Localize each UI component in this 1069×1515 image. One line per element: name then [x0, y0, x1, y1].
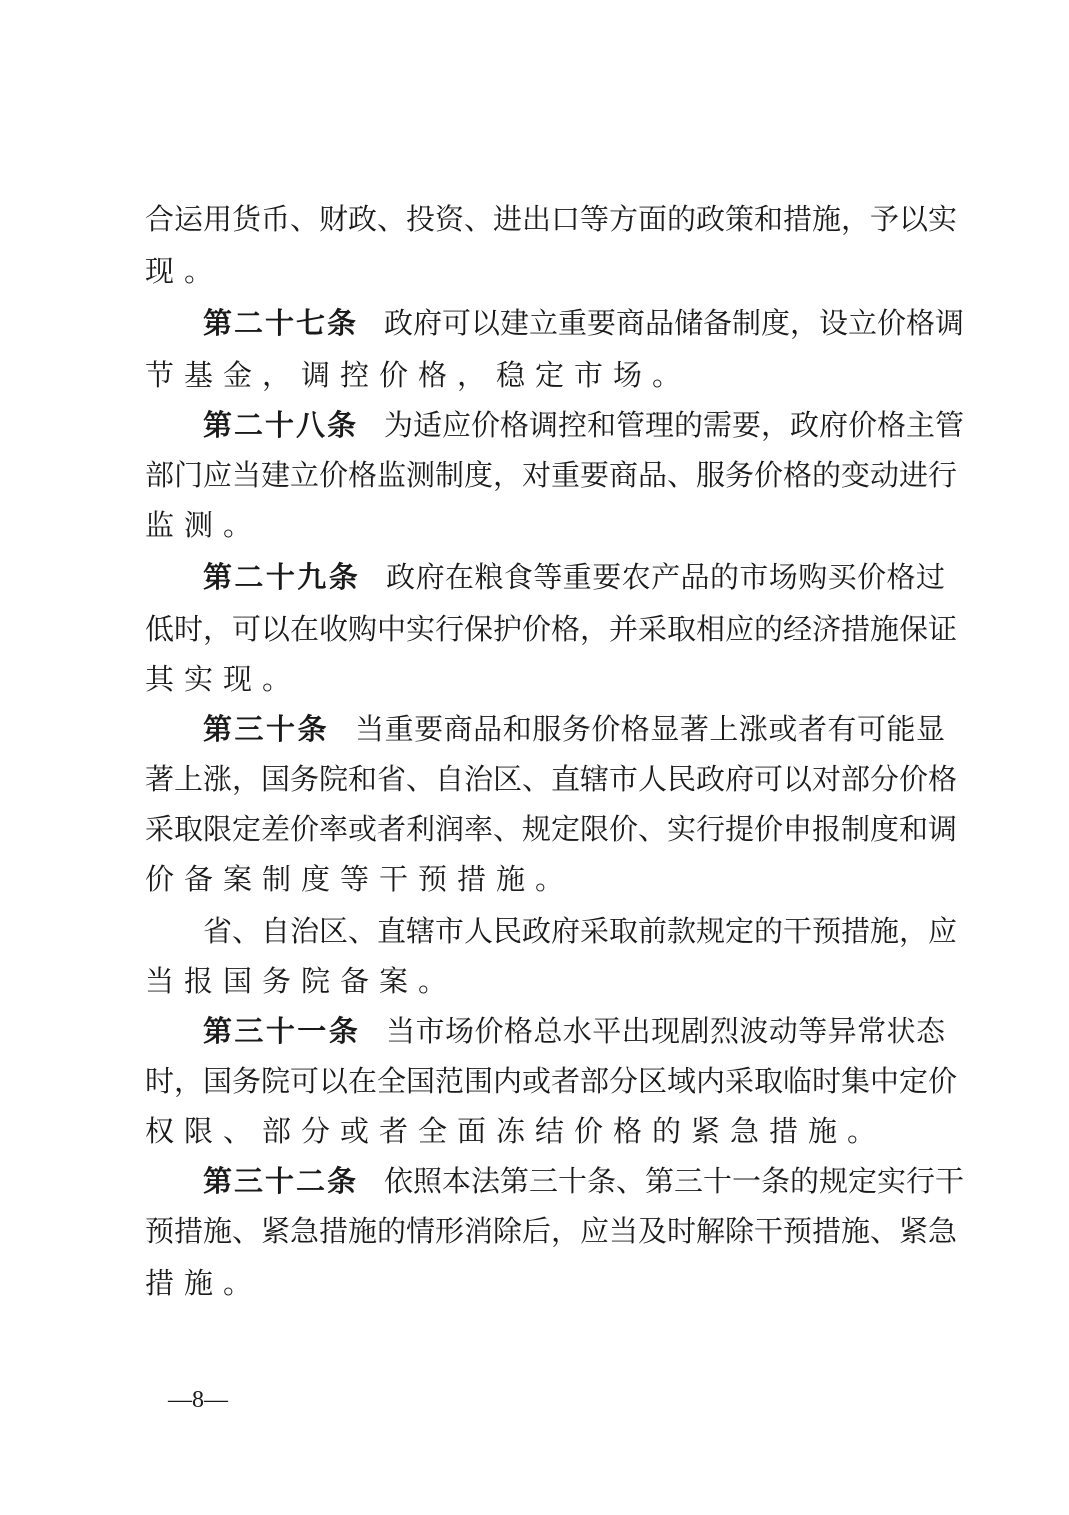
line-text: 低时，可以在收购中实行保护价格，并采取相应的经济措施保证: [145, 612, 957, 646]
text-line: 预措施、紧急措施的情形消除后，应当及时解除干预措施、紧急: [145, 1205, 945, 1257]
line-text: 政府在粮食等重要农产品的市场购买价格过: [386, 560, 945, 594]
article-heading: 第三十一条: [203, 1014, 360, 1048]
line-text: 当报国务院备案。: [145, 964, 457, 998]
text-line: 省、自治区、直辖市人民政府采取前款规定的干预措施，应: [203, 905, 945, 957]
article-heading: 第二十七条: [203, 306, 358, 340]
text-line: 监测。: [145, 499, 945, 551]
line-text: 措施。: [145, 1266, 262, 1300]
document-page: 合运用货币、财政、投资、进出口等方面的政策和措施，予以实 现。 第二十七条政府可…: [0, 0, 1069, 1515]
text-line: 措施。: [145, 1257, 945, 1309]
text-line: 低时，可以在收购中实行保护价格，并采取相应的经济措施保证: [145, 603, 945, 655]
line-text: 当市场价格总水平出现剧烈波动等异常状态: [386, 1014, 945, 1048]
article-27-line: 第二十七条政府可以建立重要商品储备制度，设立价格调: [203, 297, 945, 349]
text-line: 其实现。: [145, 653, 945, 705]
line-text: 部门应当建立价格监测制度，对重要商品、服务价格的变动进行: [145, 458, 957, 492]
line-text: 预措施、紧急措施的情形消除后，应当及时解除干预措施、紧急: [145, 1214, 957, 1248]
article-31-line: 第三十一条当市场价格总水平出现剧烈波动等异常状态: [203, 1005, 945, 1057]
line-text: 其实现。: [145, 662, 301, 696]
text-line: 合运用货币、财政、投资、进出口等方面的政策和措施，予以实: [145, 193, 945, 245]
line-text: 著上涨，国务院和省、自治区、直辖市人民政府可以对部分价格: [145, 762, 957, 796]
text-line: 采取限定差价率或者利润率、规定限价、实行提价申报制度和调: [145, 803, 945, 855]
line-text: 价备案制度等干预措施。: [145, 862, 574, 896]
article-30-line: 第三十条当重要商品和服务价格显著上涨或者有可能显: [203, 703, 945, 755]
text-line: 著上涨，国务院和省、自治区、直辖市人民政府可以对部分价格: [145, 753, 945, 805]
line-text: 现。: [145, 254, 223, 288]
line-text: 监测。: [145, 508, 262, 542]
text-line: 现。: [145, 245, 945, 297]
article-heading: 第二十九条: [203, 560, 360, 594]
article-heading: 第三十条: [203, 712, 329, 746]
article-heading: 第三十二条: [203, 1164, 358, 1198]
line-text: 省、自治区、直辖市人民政府采取前款规定的干预措施，应: [203, 914, 957, 948]
article-28-line: 第二十八条为适应价格调控和管理的需要，政府价格主管: [203, 399, 945, 451]
text-line: 权限、部分或者全面冻结价格的紧急措施。: [145, 1105, 945, 1157]
line-text: 依照本法第三十条、第三十一条的规定实行干: [384, 1164, 964, 1198]
text-line: 时，国务院可以在全国范围内或者部分区域内采取临时集中定价: [145, 1055, 945, 1107]
text-line: 价备案制度等干预措施。: [145, 853, 945, 905]
text-line: 节基金，调控价格，稳定市场。: [145, 349, 945, 401]
line-text: 时，国务院可以在全国范围内或者部分区域内采取临时集中定价: [145, 1064, 957, 1098]
line-text: 政府可以建立重要商品储备制度，设立价格调: [384, 306, 964, 340]
article-32-line: 第三十二条依照本法第三十条、第三十一条的规定实行干: [203, 1155, 945, 1207]
line-text: 采取限定差价率或者利润率、规定限价、实行提价申报制度和调: [145, 812, 957, 846]
line-text: 权限、部分或者全面冻结价格的紧急措施。: [145, 1114, 886, 1148]
article-heading: 第二十八条: [203, 408, 358, 442]
line-text: 节基金，调控价格，稳定市场。: [145, 358, 691, 392]
text-line: 部门应当建立价格监测制度，对重要商品、服务价格的变动进行: [145, 449, 945, 501]
text-line: 当报国务院备案。: [145, 955, 945, 1007]
line-text: 当重要商品和服务价格显著上涨或者有可能显: [355, 712, 945, 746]
page-number: —8—: [168, 1385, 228, 1415]
article-29-line: 第二十九条政府在粮食等重要农产品的市场购买价格过: [203, 551, 945, 603]
line-text: 为适应价格调控和管理的需要，政府价格主管: [384, 408, 964, 442]
line-text: 合运用货币、财政、投资、进出口等方面的政策和措施，予以实: [145, 202, 957, 236]
